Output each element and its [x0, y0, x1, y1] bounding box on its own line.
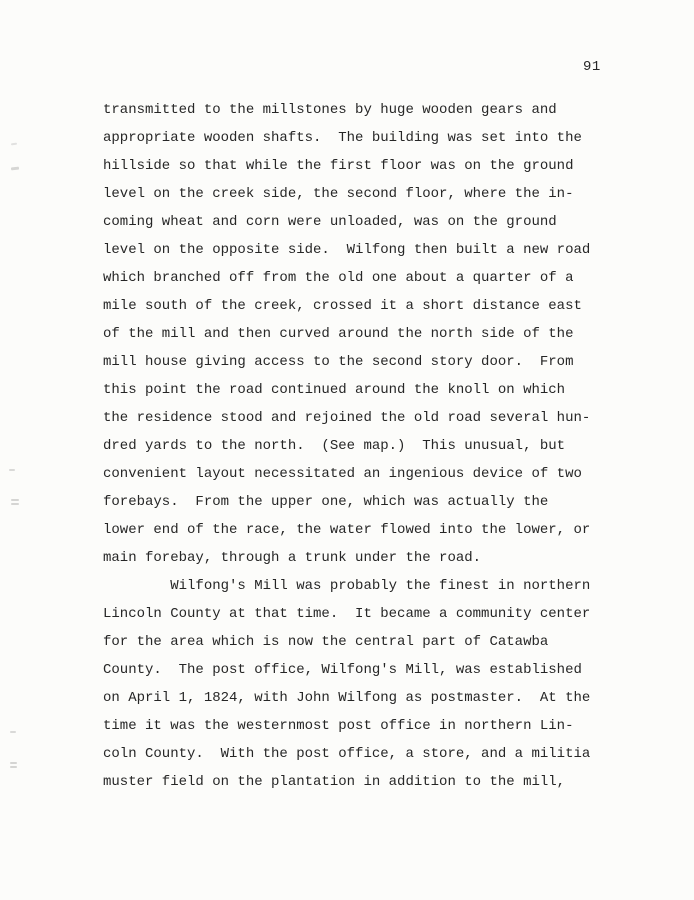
text-line: convenient layout necessitated an ingeni…	[103, 460, 663, 488]
page-number: 91	[583, 58, 601, 76]
margin-mark	[11, 167, 19, 171]
text-line: mile south of the creek, crossed it a sh…	[103, 292, 663, 320]
text-line: County. The post office, Wilfong's Mill,…	[103, 656, 663, 684]
text-line: coming wheat and corn were unloaded, was…	[103, 208, 663, 236]
text-line: for the area which is now the central pa…	[103, 628, 663, 656]
text-line: level on the opposite side. Wilfong then…	[103, 236, 663, 264]
text-line: Wilfong's Mill was probably the finest i…	[103, 572, 663, 600]
text-line: mill house giving access to the second s…	[103, 348, 663, 376]
text-line: transmitted to the millstones by huge wo…	[103, 96, 663, 124]
text-line: hillside so that while the first floor w…	[103, 152, 663, 180]
text-line: on April 1, 1824, with John Wilfong as p…	[103, 684, 663, 712]
margin-mark	[11, 499, 19, 501]
text-line: coln County. With the post office, a sto…	[103, 740, 663, 768]
document-page: 91 transmitted to the millstones by huge…	[0, 0, 694, 900]
body-text: transmitted to the millstones by huge wo…	[103, 96, 663, 796]
text-line: time it was the westernmost post office …	[103, 712, 663, 740]
text-line: this point the road continued around the…	[103, 376, 663, 404]
margin-mark	[10, 762, 17, 764]
margin-mark	[9, 469, 15, 471]
text-line: which branched off from the old one abou…	[103, 264, 663, 292]
text-line: level on the creek side, the second floo…	[103, 180, 663, 208]
text-line: dred yards to the north. (See map.) This…	[103, 432, 663, 460]
text-line: appropriate wooden shafts. The building …	[103, 124, 663, 152]
text-line: muster field on the plantation in additi…	[103, 768, 663, 796]
text-line: Lincoln County at that time. It became a…	[103, 600, 663, 628]
text-line: the residence stood and rejoined the old…	[103, 404, 663, 432]
text-line: forebays. From the upper one, which was …	[103, 488, 663, 516]
text-line: of the mill and then curved around the n…	[103, 320, 663, 348]
text-line: lower end of the race, the water flowed …	[103, 516, 663, 544]
text-line: main forebay, through a trunk under the …	[103, 544, 663, 572]
margin-mark	[10, 731, 16, 733]
margin-mark	[11, 143, 17, 146]
